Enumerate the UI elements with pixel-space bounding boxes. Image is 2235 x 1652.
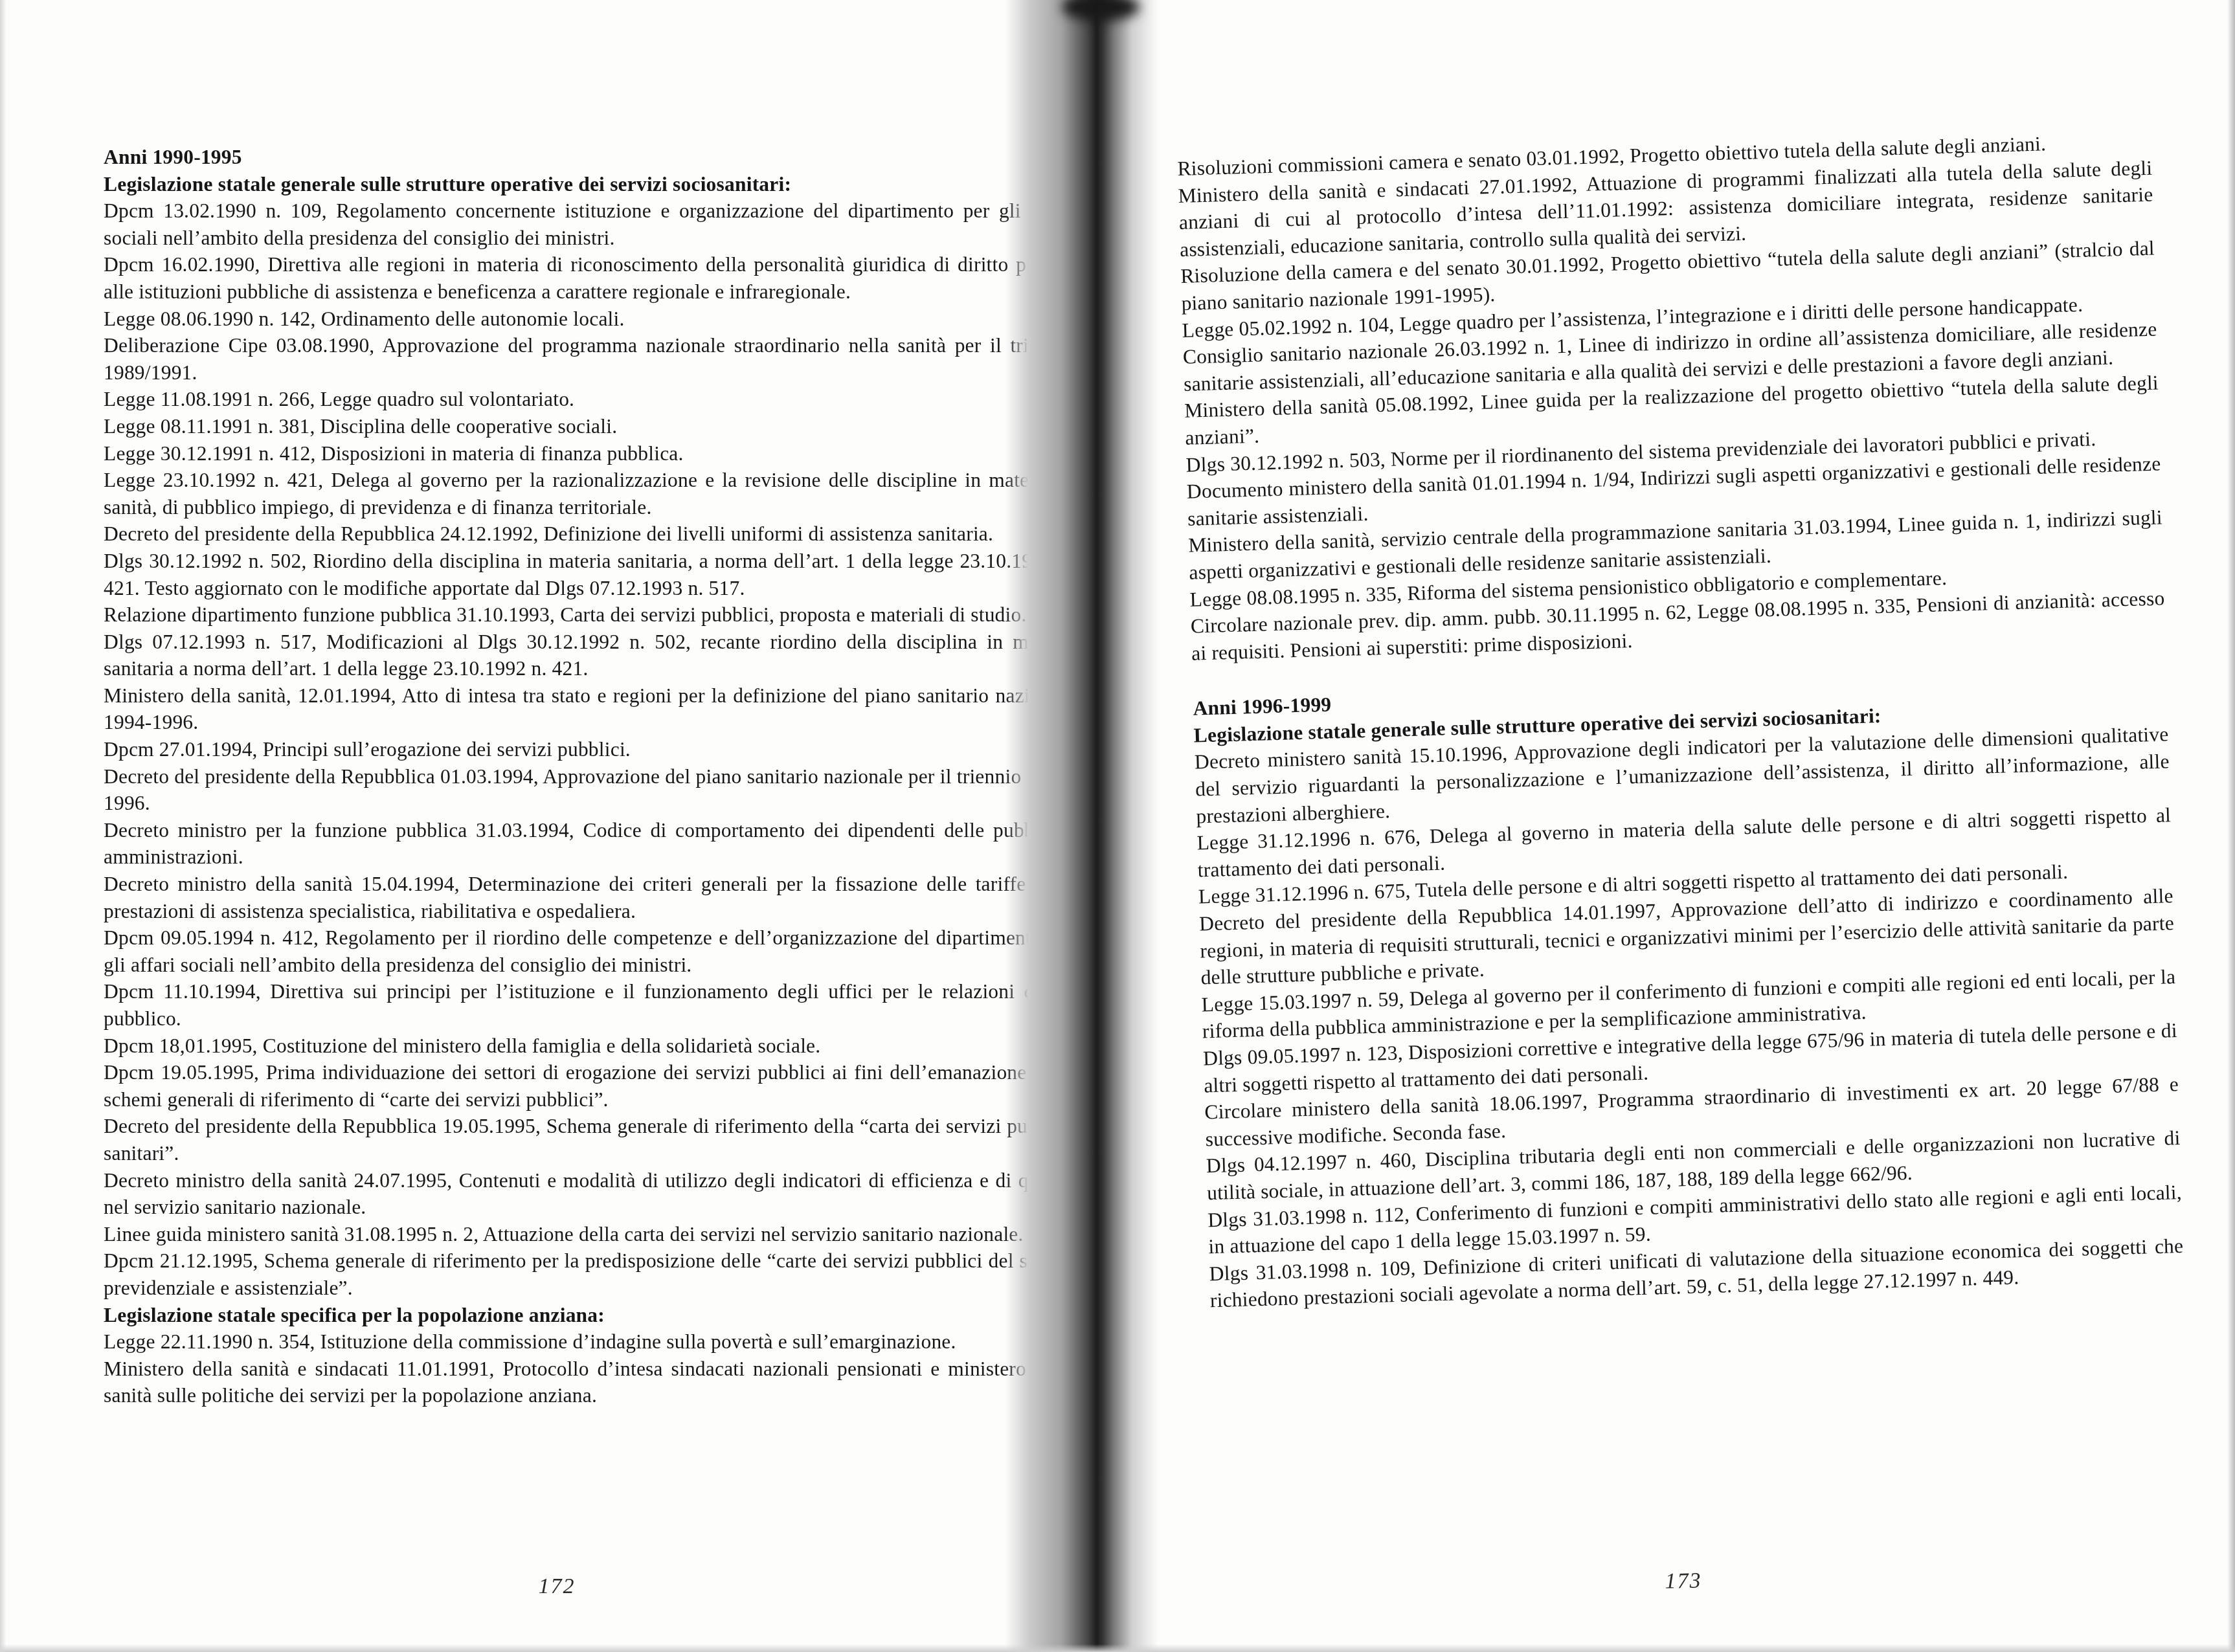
legislation-entry: Deliberazione Cipe 03.08.1990, Approvazi… bbox=[104, 332, 1075, 386]
legislation-entry: Ministero della sanità, 12.01.1994, Atto… bbox=[104, 682, 1075, 736]
legislation-entry: Legge 22.11.1990 n. 354, Istituzione del… bbox=[104, 1328, 1075, 1356]
legislation-entry: Decreto del presidente della Repubblica … bbox=[104, 1113, 1075, 1166]
legislation-entry: Dpcm 09.05.1994 n. 412, Regolamento per … bbox=[104, 924, 1075, 978]
legislation-entry: Legge 11.08.1991 n. 266, Legge quadro su… bbox=[104, 386, 1075, 413]
page-edge-bottom-shading bbox=[0, 1644, 2235, 1652]
page-edge-left-shading bbox=[0, 0, 6, 1652]
legislation-entry: Legge 23.10.1992 n. 421, Delega al gover… bbox=[104, 467, 1075, 520]
legislation-entry: Legislazione statale specifica per la po… bbox=[104, 1302, 1075, 1329]
legislation-entry: Legislazione statale generale sulle stru… bbox=[104, 171, 1075, 198]
legislation-entry: Decreto ministro per la funzione pubblic… bbox=[104, 817, 1075, 871]
legislation-entry: Dpcm 19.05.1995, Prima individuazione de… bbox=[104, 1059, 1075, 1113]
legislation-entry: Relazione dipartimento funzione pubblica… bbox=[104, 601, 1075, 629]
legislation-entry: Decreto del presidente della Repubblica … bbox=[104, 520, 1075, 548]
book-scan-spread: Anni 1990-1995Legislazione statale gener… bbox=[0, 0, 2235, 1652]
legislation-entry: Dpcm 21.12.1995, Schema generale di rife… bbox=[104, 1247, 1075, 1301]
right-page-text: Risoluzioni commissioni camera e senato … bbox=[1177, 128, 2184, 1315]
legislation-entry: Legge 08.06.1990 n. 142, Ordinamento del… bbox=[104, 306, 1075, 333]
legislation-entry: Anni 1990-1995 bbox=[104, 144, 1075, 171]
legislation-entry: Linee guida ministero sanità 31.08.1995 … bbox=[104, 1221, 1075, 1248]
legislation-entry: Dpcm 27.01.1994, Principi sull’erogazion… bbox=[104, 736, 1075, 763]
left-page-text: Anni 1990-1995Legislazione statale gener… bbox=[104, 144, 1075, 1409]
legislation-entry: Legge 08.11.1991 n. 381, Disciplina dell… bbox=[104, 413, 1075, 440]
legislation-entry: Dpcm 16.02.1990, Direttiva alle regioni … bbox=[104, 251, 1075, 305]
legislation-entry: Dlgs 07.12.1993 n. 517, Modificazioni al… bbox=[104, 629, 1075, 682]
legislation-entry: Decreto ministro della sanità 24.07.1995… bbox=[104, 1167, 1075, 1221]
legislation-entry: Legge 30.12.1991 n. 412, Disposizioni in… bbox=[104, 440, 1075, 467]
legislation-entry: Decreto ministro della sanità 15.04.1994… bbox=[104, 871, 1075, 924]
legislation-entry: Dlgs 30.12.1992 n. 502, Riordino della d… bbox=[104, 548, 1075, 601]
legislation-entry: Dpcm 13.02.1990 n. 109, Regolamento conc… bbox=[104, 197, 1075, 251]
legislation-entry: Dpcm 11.10.1994, Direttiva sui principi … bbox=[104, 978, 1075, 1032]
legislation-entry: Decreto del presidente della Repubblica … bbox=[104, 763, 1075, 817]
right-page-number: 173 bbox=[1230, 1559, 2137, 1603]
legislation-entry: Dpcm 18,01.1995, Costituzione del minist… bbox=[104, 1032, 1075, 1060]
legislation-entry: Ministero della sanità e sindacati 11.01… bbox=[104, 1356, 1075, 1409]
page-edge-right-shading bbox=[2227, 0, 2235, 1652]
left-page-number: 172 bbox=[104, 1574, 1010, 1599]
book-gutter-shadow bbox=[1005, 0, 1172, 1652]
